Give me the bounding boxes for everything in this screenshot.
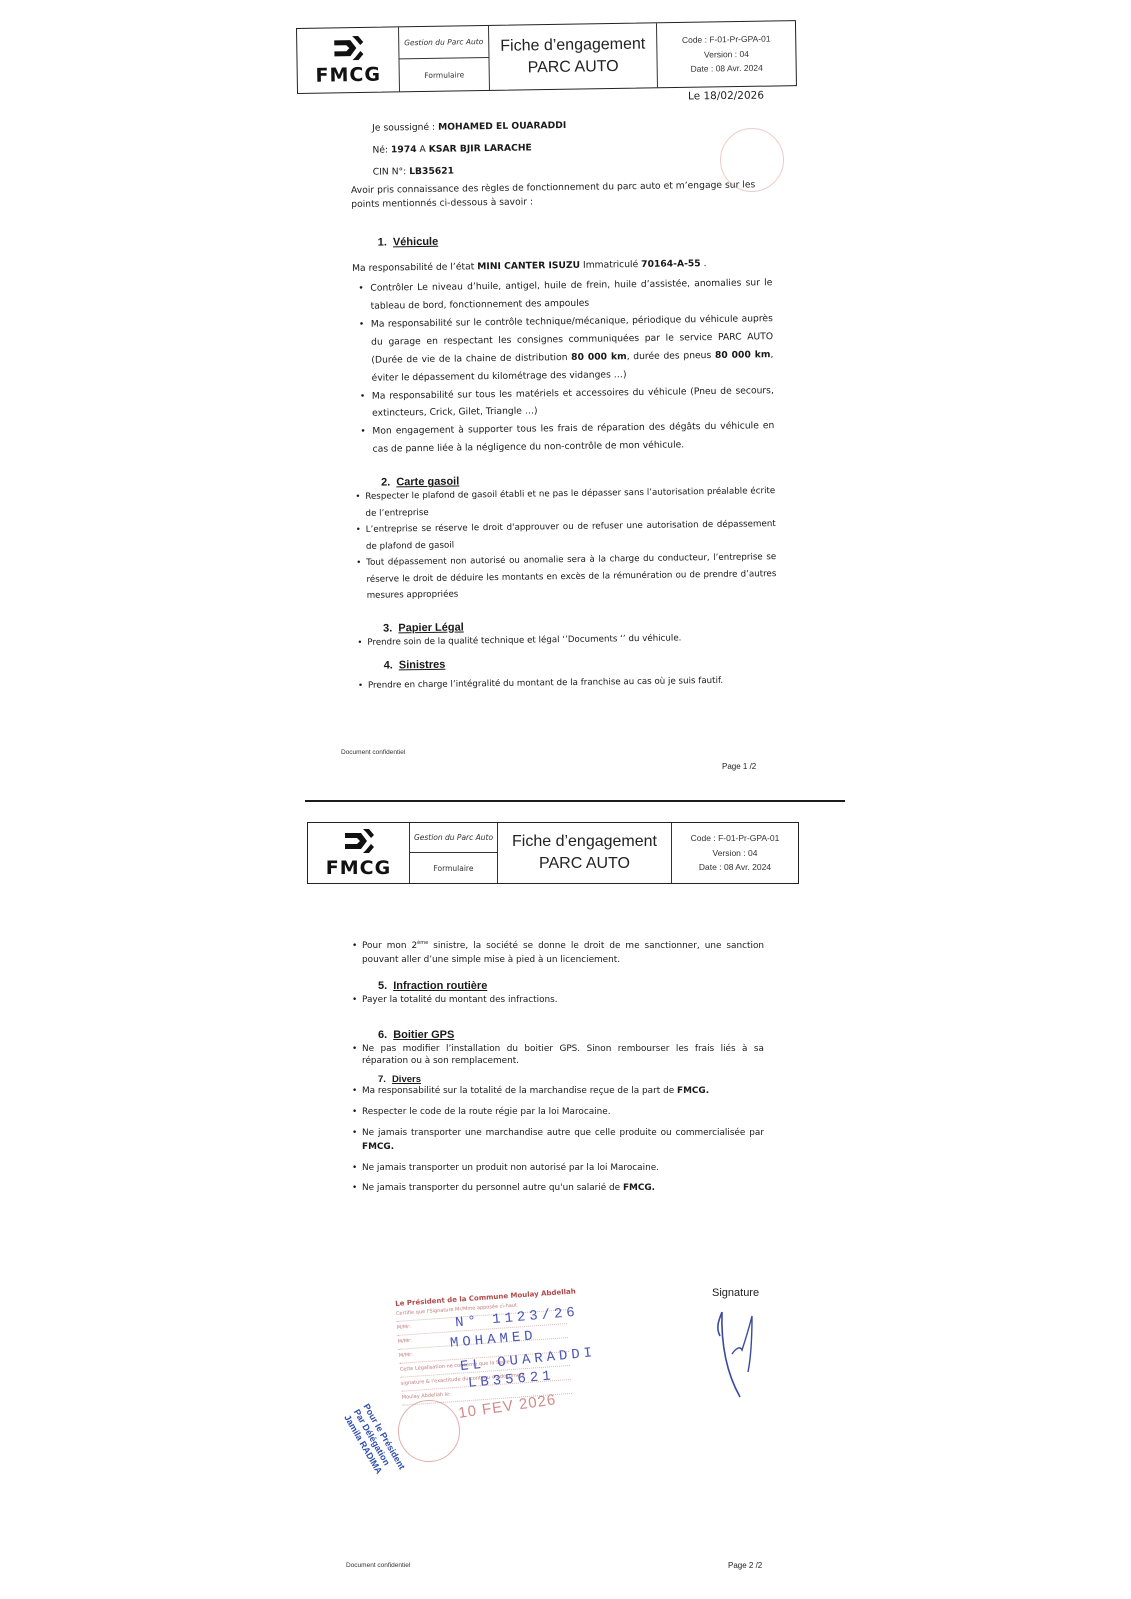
section-gps-title: 6.Boitier GPS [378,1029,764,1041]
identity-block: Je soussigné : MOHAMED EL OUARADDI Né: 1… [372,112,771,184]
section-number: 3. [383,622,392,634]
delegation-stamp: Pour le Président Par Délégation Jamila … [342,1402,407,1482]
company-name: FMCG [326,857,391,879]
document-date-line: Le 18/02/2026 [688,90,764,103]
section-divers-title: 7.Divers [378,1074,764,1085]
soussigne-value: MOHAMED EL OUARADDI [438,120,566,133]
title-line-2: PARC AUTO [527,56,618,79]
section-label: Boitier GPS [393,1029,454,1041]
list-item: Respecter le code de la route régie par … [352,1106,764,1120]
infraction-list: Payer la totalité du montant des infract… [352,994,764,1008]
cin-label: CIN N°: [373,166,410,178]
page1-header: FMCG Gestion du Parc Auto Formulaire Fic… [296,20,797,94]
section-infraction-title: 5.Infraction routière [378,980,764,992]
lead-suffix: . [701,258,707,269]
list-item: Prendre en charge l’intégralité du monta… [358,672,778,694]
list-item: Tout dépassement non autorisé ou anomali… [356,550,777,605]
section-number: 4. [384,659,393,671]
list-item: Ma responsabilité sur la totalité de la … [352,1085,764,1099]
page1-footer-confidential: Document confidentiel [341,749,405,756]
title-line-2: PARC AUTO [539,853,630,875]
company-name: FMCG [315,64,381,87]
section-number: 2. [381,477,390,489]
list-item: Ma responsabilité sur tous les matériels… [354,382,774,424]
ne-sep: A [416,144,428,155]
item-text: Pour mon 2 [362,941,417,951]
document-meta: Code : F-01-Pr-GPA-01 Version : 04 Date … [672,823,798,883]
section-label: Infraction routière [393,980,487,992]
vehicle-model: MINI CANTER ISUZU [477,260,580,272]
ordinal-suffix: ème [417,940,428,946]
doc-date: Date : 08 Avr. 2024 [691,61,763,77]
sinistres-continued-list: Pour mon 2ème sinistre, la société se do… [352,940,764,968]
section-sinistres-title: 4.Sinistres [384,654,778,671]
section-number: 1. [378,236,387,248]
section-label: Véhicule [393,236,438,249]
vehicle-plate: 70164-A-55 [641,258,701,270]
section-label: Divers [392,1074,421,1085]
list-item: Ne jamais transporter du personnel autre… [352,1182,764,1196]
page1-body: Je soussigné : MOHAMED EL OUARADDI Né: 1… [350,112,778,694]
page-separator [305,800,845,802]
section-label: Carte gasoil [396,476,459,489]
signature-label: Signature [712,1287,759,1299]
round-official-stamp-icon [398,1400,460,1462]
list-item: Pour mon 2ème sinistre, la société se do… [352,940,764,968]
document-title: Fiche d’engagement PARC AUTO [498,823,672,883]
fmcg-arrow-logo-icon [343,827,375,855]
section-label: Papier Légal [398,621,464,634]
doc-type-label: Formulaire [410,853,497,883]
intro-paragraph: Avoir pris connaissance des règles de fo… [351,178,771,211]
section-number: 7. [378,1074,386,1085]
gps-list: Ne pas modifier l’installation du boitie… [352,1043,764,1067]
list-item: Ne jamais transporter un produit non aut… [352,1162,764,1176]
birth-year: 1974 [391,144,417,155]
doc-code: Code : F-01-Pr-GPA-01 [682,31,771,47]
page2-header: FMCG Gestion du Parc Auto Formulaire Fic… [307,822,799,884]
department-label: Gestion du Parc Auto [410,823,497,853]
list-item: Ne pas modifier l’installation du boitie… [352,1043,764,1067]
cin-value: LB35621 [409,166,454,178]
list-item: Contrôler Le niveau d’huile, antigel, hu… [352,274,772,316]
vehicule-list: Contrôler Le niveau d’huile, antigel, hu… [352,274,774,459]
lead-prefix: Ma responsabilité de l’état [352,261,477,274]
fmcg-arrow-logo-icon [332,34,364,62]
list-item: Mon engagement à supporter tous les frai… [354,418,774,460]
title-line-1: Fiche d’engagement [500,34,645,58]
page2-body: Pour mon 2ème sinistre, la société se do… [352,940,764,1203]
soussigne-label: Je soussigné : [372,122,438,134]
page2-page-number: Page 2 /2 [728,1561,762,1570]
ne-label: Né: [372,145,391,156]
sinistres-list: Prendre en charge l’intégralité du monta… [358,672,778,694]
vehicle-lead: Ma responsabilité de l’état MINI CANTER … [352,257,772,274]
section-number: 5. [378,980,387,992]
section-vehicule-title: 1.Véhicule [378,231,772,248]
list-item: Ne jamais transporter une marchandise au… [352,1127,764,1155]
department-label: Gestion du Parc Auto [399,26,488,59]
birth-place: KSAR BJIR LARACHE [429,143,532,155]
list-item: Ma responsabilité sur le contrôle techni… [353,310,774,388]
document-meta: Code : F-01-Pr-GPA-01 Version : 04 Date … [657,21,796,87]
doc-version: Version : 04 [704,46,749,62]
page1-page-number: Page 1 /2 [722,762,756,771]
document-title: Fiche d’engagement PARC AUTO [489,23,658,90]
section-label: Sinistres [399,658,446,671]
section-number: 6. [378,1029,387,1041]
doc-version: Version : 04 [713,846,758,861]
company-logo: FMCG [308,823,410,883]
page2-footer-confidential: Document confidentiel [346,1562,410,1569]
title-line-1: Fiche d’engagement [512,831,657,853]
list-item: Payer la totalité du montant des infract… [352,994,764,1008]
doc-date: Date : 08 Avr. 2024 [699,860,771,875]
lead-mid: Immatriculé [580,259,641,271]
doc-type-label: Formulaire [400,58,489,91]
doc-code: Code : F-01-Pr-GPA-01 [691,831,780,846]
company-logo: FMCG [297,27,400,93]
divers-list: Ma responsabilité sur la totalité de la … [352,1085,764,1196]
carte-gasoil-list: Respecter le plafond de gasoil établi et… [355,483,777,605]
handwritten-signature-icon [700,1302,780,1402]
